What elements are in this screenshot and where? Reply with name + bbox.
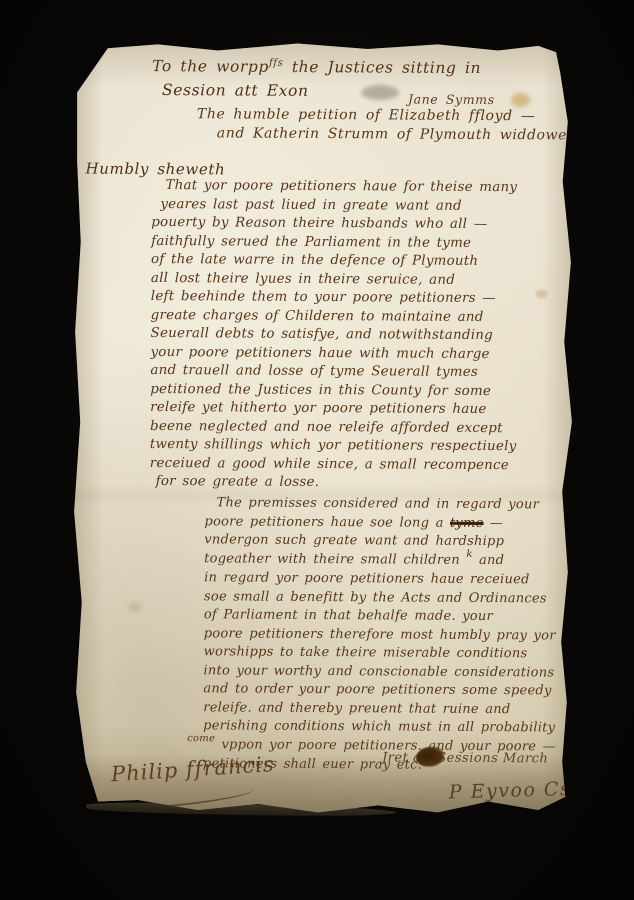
manuscript-line: poore petitioners haue soe long a tyme — [204, 513, 557, 534]
manuscript-line: worshipps to take theire miserable condi… [204, 643, 557, 664]
manuscript-line: pouerty by Reason theire husbands who al… [151, 214, 518, 235]
manuscript-line: vndergon such greate want and hardshipp [204, 531, 557, 552]
signature-philip-francis: Philip ffrancis [110, 752, 275, 786]
manuscript-line: receiued a good while since, a small rec… [150, 454, 517, 475]
manuscript-line: in regard yor poore petitioners haue rec… [204, 569, 557, 590]
paper-stain [80, 54, 95, 65]
manuscript-line: yeares last past liued in greate want an… [160, 196, 518, 217]
manuscript-line: of Parliament in that behalfe made. your [204, 606, 557, 627]
manuscript-line: into your worthy and conscionable consid… [203, 662, 556, 683]
petition-title-line-2: and Katherin Strumm of Plymouth widdowes… [217, 124, 583, 143]
manuscript-line: releife yet hitherto yor poore petitione… [150, 399, 517, 420]
manuscript-line: Seuerall debts to satisfye, and notwiths… [151, 325, 518, 346]
manuscript-text-layer: To the worppffs the Justices sitting in … [66, 40, 581, 818]
photograph-background: { "document_type": "handwritten petition… [0, 0, 634, 900]
manuscript-line: That yor poore petitioners haue for thei… [165, 177, 518, 198]
manuscript-line: faithfully serued the Parliament in the … [151, 232, 518, 253]
manuscript-line: releife. and thereby preuent that ruine … [203, 699, 556, 720]
manuscript-line: of the late warre in the defence of Plym… [151, 251, 518, 272]
address-line-2: Session att Exon [162, 81, 309, 100]
salutation: Humbly sheweth [86, 160, 226, 179]
manuscript-line: your poore petitioners haue with much ch… [150, 343, 517, 364]
manuscript-line: togeather with theire small children k a… [204, 550, 557, 572]
manuscript-line: The premisses considered and in regard y… [216, 494, 557, 515]
manuscript-line: perishing conditions which must in all p… [203, 717, 556, 738]
manuscript-line: soe small a benefitt by the Acts and Ord… [204, 588, 557, 609]
manuscript-line: left beehinde them to your poore petitio… [151, 288, 518, 309]
manuscript-page: To the worppffs the Justices sitting in … [68, 42, 578, 817]
manuscript-line: all lost theire lyues in theire seruice,… [151, 269, 518, 290]
abbreviation-superscript: ffs [269, 58, 283, 69]
address-line: To the worppffs the Justices sitting in [152, 57, 481, 77]
manuscript-line: beene neglected and noe releife afforded… [150, 417, 517, 438]
petition-title-line-1: The humble petition of Elizabeth ffloyd … [197, 106, 536, 124]
manuscript-line: poore petitioners therefore most humbly … [204, 625, 557, 646]
petition-title-text: and Katherin Strumm of Plymouth widdowes [217, 125, 575, 143]
signature-right: P Eyvoo Csely [449, 777, 604, 803]
manuscript-line: and trauell and losse of tyme Seuerall t… [150, 362, 517, 383]
petition-paragraph-1: That yor poore petitioners haue for thei… [150, 177, 518, 494]
manuscript-line: for soe greate a losse. [156, 473, 517, 494]
insertion-caret: ^ [575, 127, 583, 137]
manuscript-line: greate charges of Childeren to maintaine… [151, 306, 518, 327]
endorsement-note: Jret att Sessions March [382, 750, 548, 766]
interlinear-name-insert: Jane Symms [408, 92, 495, 108]
address-text: the Justices sitting in [283, 58, 481, 77]
manuscript-line: and to order your poore petitioners some… [203, 680, 556, 701]
manuscript-line: twenty shillings which yor petitioners r… [150, 436, 517, 457]
petition-prayer-paragraph: The premisses considered and in regard y… [203, 494, 558, 776]
address-text: To the worpp [152, 57, 269, 76]
manuscript-line: petitioned the Justices in this County f… [150, 380, 517, 401]
